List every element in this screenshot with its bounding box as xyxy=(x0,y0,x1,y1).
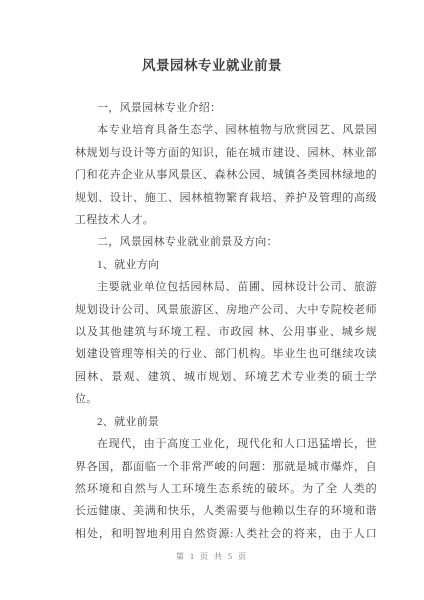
text-line: 二，风景园林专业就业前景及方向： xyxy=(75,231,377,253)
text-line: 本专业培育具备生态学、园林植物与欣赏园艺、风景园 xyxy=(75,119,377,141)
text-line: 界各国，都面临一个非常严峻的问题：那就是城市爆炸，自 xyxy=(75,456,377,478)
text-line: 以及其他建筑与环境工程、市政园 林、公用事业、城乡规 xyxy=(75,321,377,343)
document-body: 一，风景园林专业介绍：本专业培育具备生态学、园林植物与欣赏园艺、风景园林规划与设… xyxy=(0,97,424,545)
text-line: 门和花卉企业从事风景区、森林公园、城镇各类园林绿地的 xyxy=(75,164,377,186)
document-title: 风景园林专业就业前景 xyxy=(0,0,424,75)
text-line: 相处，和明智地利用自然资源:人类社会的将来，由于人口 xyxy=(75,523,377,545)
document-page: 风景园林专业就业前景 一，风景园林专业介绍：本专业培育具备生态学、园林植物与欣赏… xyxy=(0,0,424,600)
text-line: 1、就业方向 xyxy=(75,254,377,276)
text-line: 园林、景观、建筑、城市规划、环境艺术专业类的硕士学 xyxy=(75,366,377,388)
text-line: 长远健康、美满和快乐，人类需要与他赖以生存的环境和谐 xyxy=(75,500,377,522)
text-line: 在现代，由于高度工业化，现代化和人口迅猛增长，世 xyxy=(75,433,377,455)
text-line: 然环境和自然与人工环境生态系统的破坏。为了全 人类的 xyxy=(75,478,377,500)
text-line: 规划、设计、施工、园林植物繁育栽培、养护及管理的高级 xyxy=(75,187,377,209)
text-line: 林规划与设计等方面的知识，能在城市建设、园林、林业部 xyxy=(75,142,377,164)
text-line: 工程技术人才。 xyxy=(75,209,377,231)
text-line: 位。 xyxy=(75,388,377,410)
text-line: 2、就业前景 xyxy=(75,411,377,433)
page-footer: 第 1 页 共 5 页 xyxy=(0,551,424,563)
text-line: 一，风景园林专业介绍： xyxy=(75,97,377,119)
text-line: 划建设管理等相关的行业、部门机构。毕业生也可继续攻读 xyxy=(75,343,377,365)
text-line: 规划设计公司、风景旅游区、房地产公司、大中专院校老师 xyxy=(75,299,377,321)
page-number-label: 第 1 页 共 5 页 xyxy=(176,552,248,561)
text-line: 主要就业单位包括园林局、苗圃、园林设计公司、旅游 xyxy=(75,276,377,298)
